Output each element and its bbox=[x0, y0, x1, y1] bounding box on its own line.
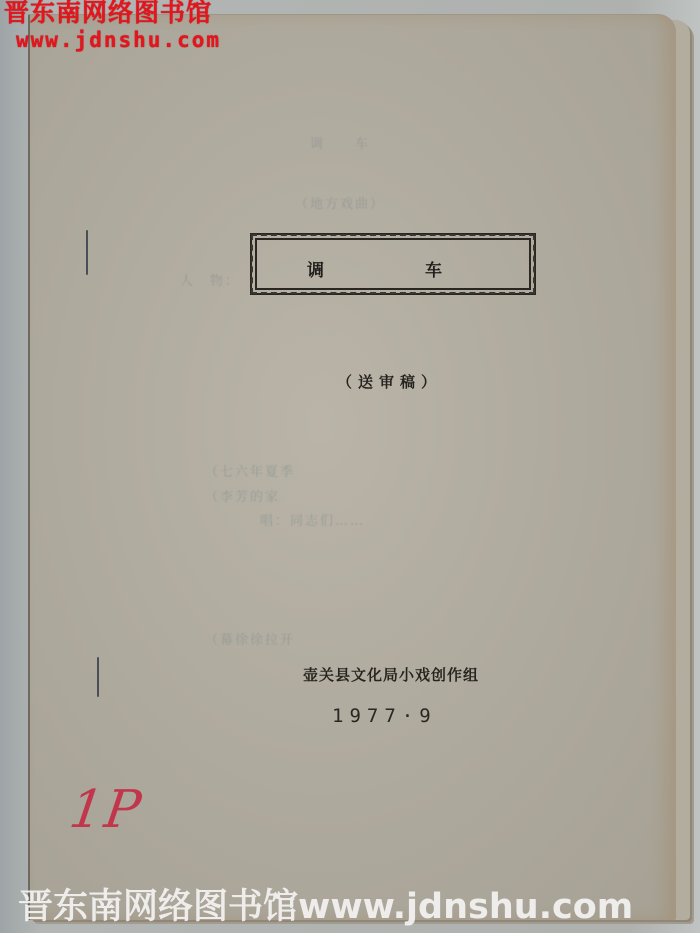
document-date: 1977·9 bbox=[332, 705, 437, 727]
title-char-1: 调 bbox=[307, 256, 324, 281]
watermark-top: 晋东南网络图书馆 www.jdnshu.com bbox=[4, 0, 221, 51]
handwritten-page-mark: 1P bbox=[66, 780, 147, 840]
show-through-text: （七六年夏季 bbox=[205, 461, 295, 480]
staple-top bbox=[86, 230, 88, 275]
show-through-text: 人 物： bbox=[180, 270, 240, 289]
draft-status: （送审稿） bbox=[337, 371, 442, 392]
watermark-bottom: 晋东南网络图书馆www.jdnshu.com bbox=[18, 890, 633, 925]
staple-bottom bbox=[97, 657, 99, 697]
show-through-text: （幕徐徐拉开 bbox=[205, 629, 295, 648]
title-box: 调 车 bbox=[250, 233, 536, 295]
show-through-text: 唱：同志们…… bbox=[260, 510, 365, 529]
show-through-text: （地方戏曲） bbox=[295, 193, 385, 212]
title-char-2: 车 bbox=[425, 256, 442, 281]
watermark-top-url: www.jdnshu.com bbox=[4, 30, 221, 51]
author-organization: 壶关县文化局小戏创作组 bbox=[303, 664, 479, 685]
show-through-text: （李芳的家 bbox=[205, 486, 280, 505]
show-through-text: 调 车 bbox=[310, 133, 370, 152]
watermark-top-name: 晋东南网络图书馆 bbox=[4, 0, 221, 25]
